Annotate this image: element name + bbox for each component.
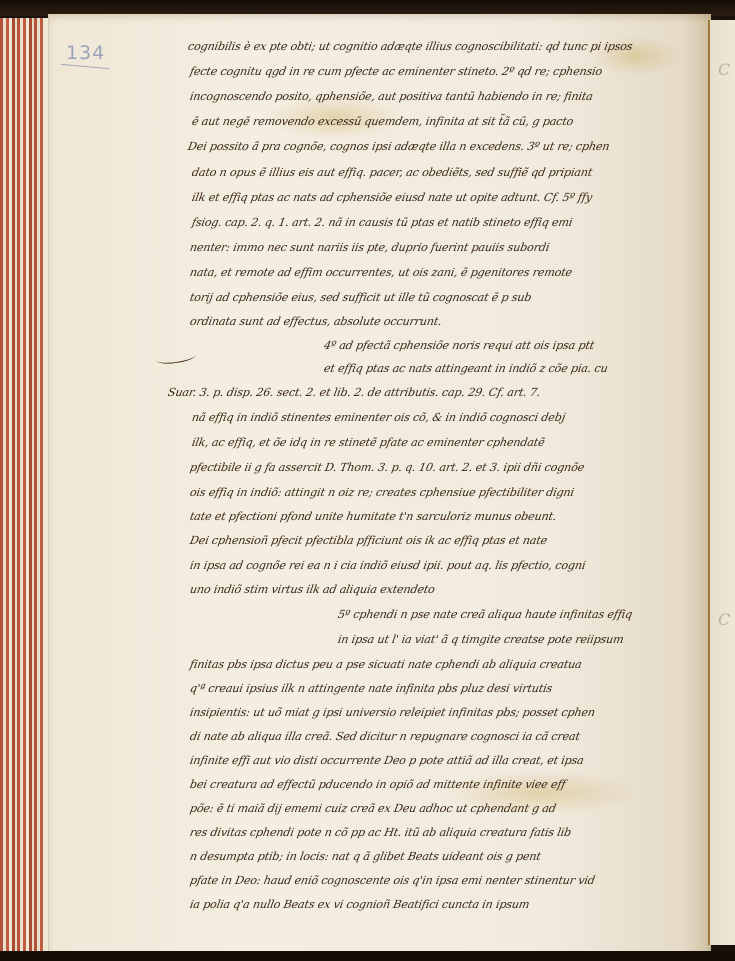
- text-line: pfate in Deo: haud eniõ cognoscente ois …: [189, 874, 596, 887]
- text-line: tate et pfectioni pfond unite humitate t…: [189, 510, 558, 523]
- text-line: fsiog. cap. 2. q. 1. art. 2. nã in causi…: [191, 216, 574, 229]
- text-line: põe: ē ti maiã dij ememi cuiz creã ex De…: [189, 802, 557, 815]
- folio-number: 134: [66, 42, 105, 64]
- text-line: et effiq ptas ac nats attingeant in indi…: [323, 362, 609, 375]
- text-line: 5º cphendi n pse nate creã aliqua haute …: [337, 608, 633, 621]
- text-line: Dei possito ã pra cognõe, cognos ipsi ad…: [187, 140, 611, 153]
- page-edges-red: [0, 18, 44, 953]
- text-line: ois effiq in indiõ: attingit n oiz re; c…: [189, 486, 575, 499]
- text-line: dato n opus ẽ illius eis aut effiq. pace…: [191, 166, 593, 179]
- text-line-marginal-citation: Suar. 3. p. disp. 26. sect. 2. et lib. 2…: [167, 386, 542, 399]
- facing-page-bleed-letter: C: [718, 610, 730, 629]
- text-line: insipientis: ut uõ miat g ipsi universio…: [189, 706, 596, 719]
- text-line: nenter: immo nec sunt nariis iis pte, du…: [189, 241, 550, 254]
- text-line: ordinata sunt ad effectus, absolute occu…: [189, 315, 443, 328]
- text-line: 4º ad pfectã cphensiõe noris requi att o…: [323, 339, 595, 352]
- text-line: ilk, ac effiq, et õe idq in re stinetẽ p…: [191, 436, 546, 449]
- text-line: nã effiq in indiõ stinentes eminenter oi…: [191, 411, 566, 424]
- book-bottom-shadow: [0, 951, 735, 961]
- text-line: di nate ab aliqua illa creã. Sed dicitur…: [189, 730, 581, 743]
- text-line: infinite effi aut vio disti occurrente D…: [189, 754, 585, 767]
- text-line: Dei cphensioñ pfecit pfectibla pfficiunt…: [189, 534, 548, 547]
- text-line: ē aut negē removendo excessū quemdem, in…: [191, 115, 574, 128]
- text-line: uno indiõ stim virtus ilk ad aliquia ext…: [189, 583, 436, 596]
- text-line: finitas pbs ipsa dictus peu a pse sicuat…: [189, 658, 583, 671]
- text-line: torij ad cphensiõe eius, sed sufficit ut…: [189, 291, 533, 304]
- text-line: res divitas cphendi pote n cõ pp ac Ht. …: [189, 826, 572, 839]
- text-line: in ipsa ut l' ia viat' ã q timgite creat…: [337, 633, 625, 646]
- manuscript-scan: 134 cognibilis è ex pte obti; ut cogniti…: [0, 0, 735, 961]
- text-line: ilk et effiq ptas ac nats ad cphensiõe e…: [191, 191, 593, 204]
- text-line: bei creatura ad effectũ pducendo in opiõ…: [189, 778, 567, 791]
- text-line: cognibilis è ex pte obti; ut cognitio ad…: [187, 40, 634, 53]
- facing-page-edge: [708, 20, 735, 945]
- text-line: n desumpta ptib; in locis: nat q ã glibe…: [189, 850, 542, 863]
- text-line: ia polia q'a nullo Beats ex vi cognioñ B…: [189, 898, 531, 911]
- text-line: nata, et remote ad effim occurrentes, ut…: [189, 266, 573, 279]
- text-line: incognoscendo posito, qphensiõe, aut pos…: [189, 90, 594, 103]
- text-line: in ipsa ad cognõe rei ea n i cia indiõ e…: [189, 559, 587, 572]
- text-line: pfectibile ii g fa assercit D. Thom. 3. …: [189, 461, 585, 474]
- text-line: fecte cognitu qgd in re cum pfecte ac em…: [189, 65, 603, 78]
- text-line: q'ª creaui ipsius ilk n attingente nate …: [189, 682, 553, 695]
- facing-page-bleed-letter: C: [718, 60, 730, 79]
